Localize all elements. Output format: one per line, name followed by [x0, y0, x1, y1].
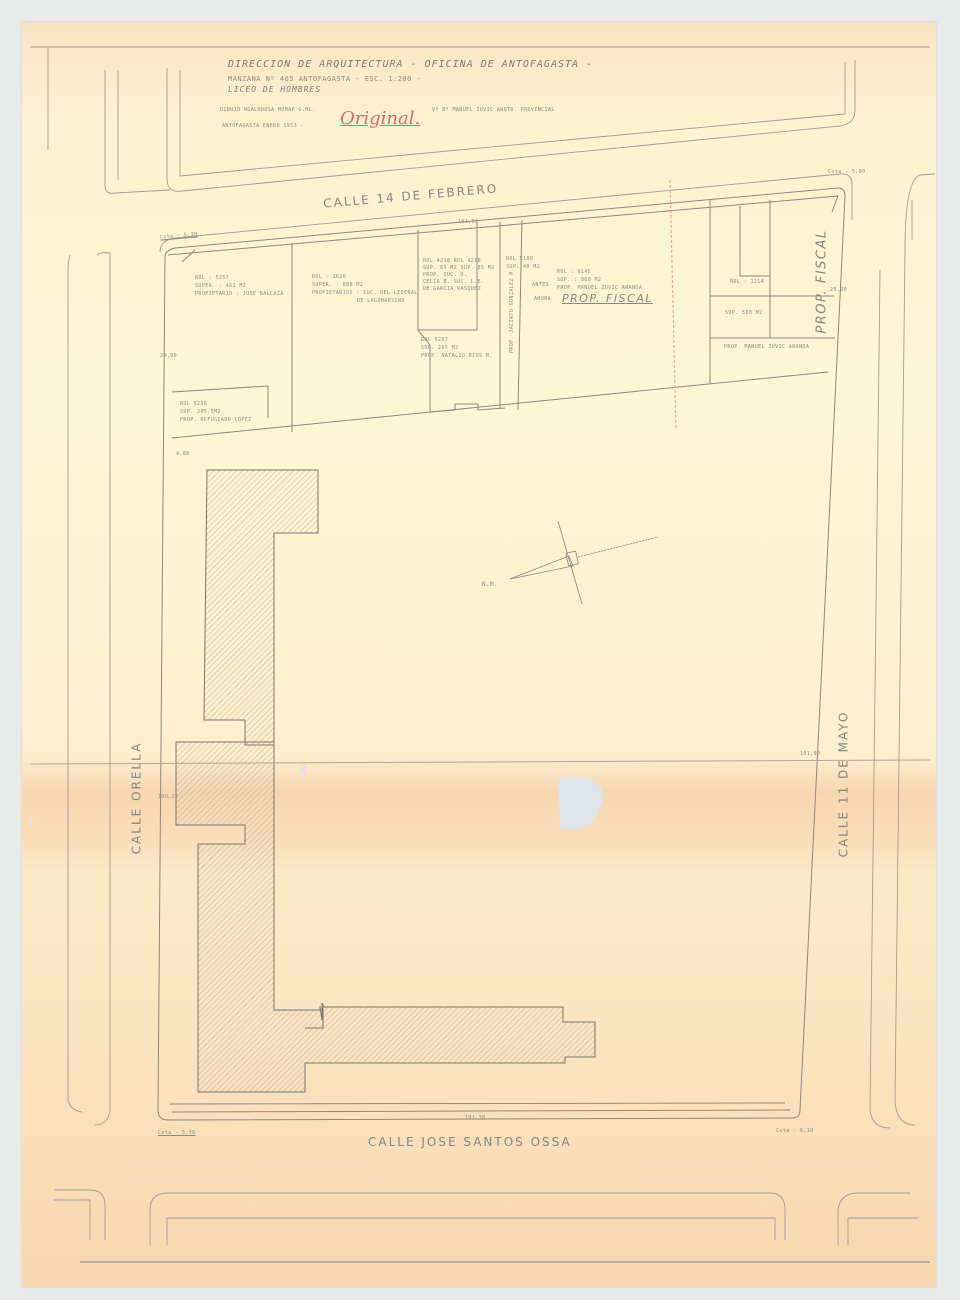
prop-narrow-vertical: PROP. JACINTO GONZALEZ M.: [510, 268, 515, 353]
north-arrow: [510, 521, 658, 604]
dim-south: 101,30: [465, 1116, 485, 1121]
lot-annotation: ROL : 5257 SUPER. : 461 M2 PROPIETARIO :…: [195, 276, 284, 297]
dim-north: 101,50: [458, 220, 478, 225]
original-stamp: Original.: [340, 110, 420, 128]
dim-west: 100,22: [158, 795, 178, 800]
lot-annotation: ROL 5258 SUP. 205,5M2 PROP. REFUGIADO LO…: [180, 402, 252, 423]
title-line-1: DIRECCION DE ARQUITECTURA - OFICINA DE A…: [228, 60, 593, 70]
lot-annotation: ROL : 6145 SUP. : 860 M2 PROP. MANUEL ZU…: [557, 270, 642, 291]
note-ahora: AHORA: [534, 297, 551, 302]
lot-annotation: ROL 4218 ROL 4218 SUP. 85 M2 SUP. 85 M2 …: [423, 259, 495, 292]
title-line-2: MANZANA Nº 465 ANTOFAGASTA - ESC. 1:200 …: [228, 76, 421, 83]
lot-annotation: ROL : 1620 SUPER. : 888 M2 PROPIETARIOS …: [312, 275, 418, 304]
elevation-ne: Cota - 5,80: [828, 170, 866, 175]
prop-fiscal-horizontal: PROP. FISCAL: [562, 293, 653, 304]
dim-west-upper: 29,90: [160, 354, 177, 359]
street-west: CALLE ORELLA: [130, 742, 142, 855]
dim-east-upper: 29,90: [830, 288, 847, 293]
lot-annotation: ROL : 1214: [730, 280, 764, 285]
elevation-sw: Cota - 5,30: [158, 1131, 196, 1136]
note-antes: ANTES: [532, 283, 549, 288]
torn-hole: [558, 776, 603, 830]
street-east: CALLE 11 DE MAYO: [837, 711, 849, 858]
north-arrow-label: N.M.: [482, 582, 498, 588]
approved-by: Vº Bº MANUEL ZUVIC ARQTO. PROVINCIAL: [432, 108, 555, 113]
prop-fiscal-vertical: PROP. FISCAL: [816, 229, 829, 333]
dim-setback: 4,80: [176, 452, 190, 457]
elevation-se: Cota - 6,10: [776, 1129, 814, 1134]
title-line-3: LICEO DE HOMBRES: [228, 86, 321, 94]
lot-annotation: PROP. MANUEL ZUVIC ARANDA: [724, 345, 809, 350]
drawn-by: DIBUJO NGALUDOSA MOMAP G.HL.: [220, 108, 316, 113]
street-south: CALLE JOSE SANTOS OSSA: [368, 1136, 572, 1148]
lot-annotation: SUP. 560 M2: [725, 311, 763, 316]
dim-east: 101,90: [800, 752, 820, 757]
place-date: ANTOFAGASTA ENERO 1953 -: [222, 124, 304, 129]
lot-annotation: ROL 5257 SUP. 265 M2 PROP. NATALIO RIOS …: [421, 338, 493, 359]
